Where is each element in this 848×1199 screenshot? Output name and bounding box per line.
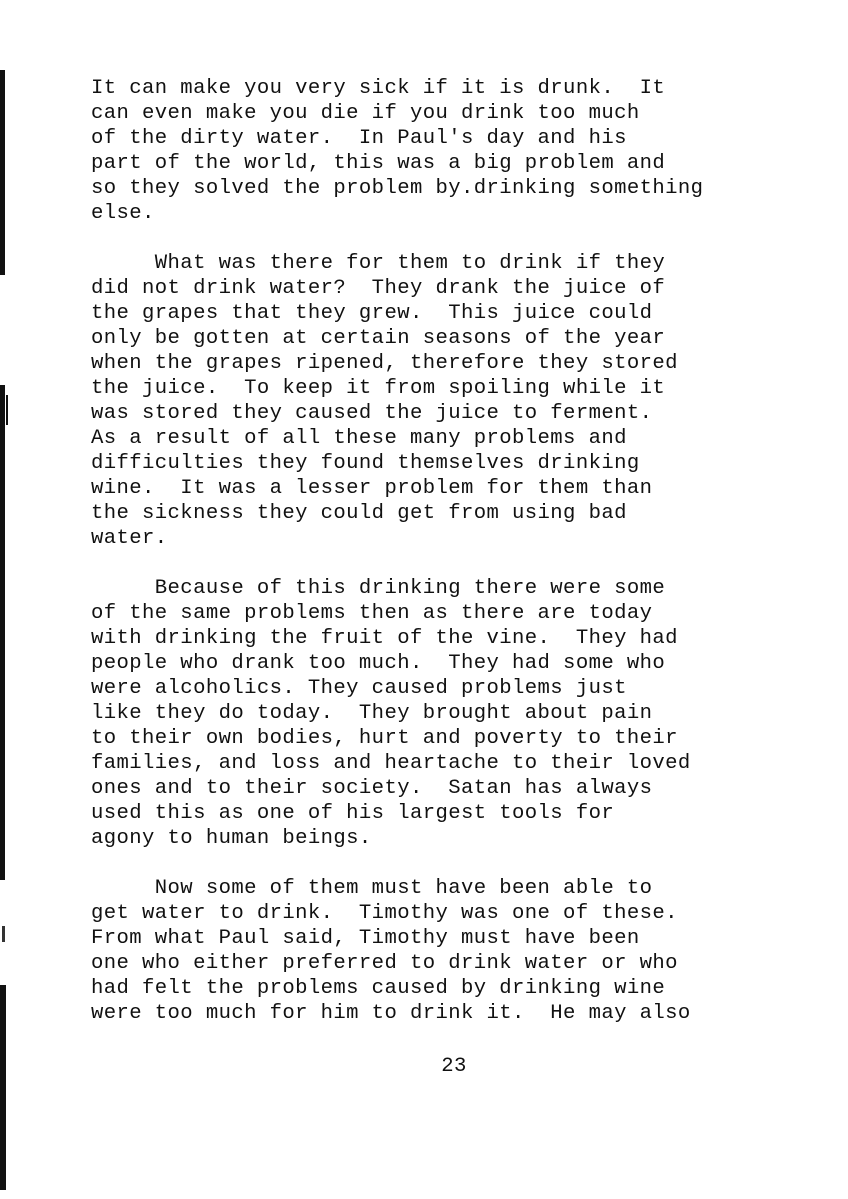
text-line: had felt the problems caused by drinking…	[91, 976, 831, 1001]
binding-shadow	[0, 385, 5, 880]
text-line: As a result of all these many problems a…	[91, 426, 831, 451]
text-line: so they solved the problem by.drinking s…	[91, 176, 831, 201]
text-line: families, and loss and heartache to thei…	[91, 751, 831, 776]
text-line: ones and to their society. Satan has alw…	[91, 776, 831, 801]
text-line: with drinking the fruit of the vine. The…	[91, 626, 831, 651]
body-text: It can make you very sick if it is drunk…	[91, 76, 831, 1051]
text-line: to their own bodies, hurt and poverty to…	[91, 726, 831, 751]
text-line: can even make you die if you drink too m…	[91, 101, 831, 126]
text-line: part of the world, this was a big proble…	[91, 151, 831, 176]
scanned-page: It can make you very sick if it is drunk…	[0, 0, 848, 1199]
text-line: else.	[91, 201, 831, 226]
text-line: like they do today. They brought about p…	[91, 701, 831, 726]
text-line: What was there for them to drink if they	[91, 251, 831, 276]
text-line: one who either preferred to drink water …	[91, 951, 831, 976]
text-line: wine. It was a lesser problem for them t…	[91, 476, 831, 501]
text-line: It can make you very sick if it is drunk…	[91, 76, 831, 101]
text-line: were alcoholics. They caused problems ju…	[91, 676, 831, 701]
binding-mark	[2, 926, 5, 942]
text-line: difficulties they found themselves drink…	[91, 451, 831, 476]
text-line: the grapes that they grew. This juice co…	[91, 301, 831, 326]
text-line: Because of this drinking there were some	[91, 576, 831, 601]
paragraph: Now some of them must have been able tog…	[91, 876, 831, 1026]
text-line: only be gotten at certain seasons of the…	[91, 326, 831, 351]
binding-shadow	[6, 395, 8, 425]
text-line: Now some of them must have been able to	[91, 876, 831, 901]
text-line: the juice. To keep it from spoiling whil…	[91, 376, 831, 401]
text-line: used this as one of his largest tools fo…	[91, 801, 831, 826]
text-line: were too much for him to drink it. He ma…	[91, 1001, 831, 1026]
text-line: get water to drink. Timothy was one of t…	[91, 901, 831, 926]
text-line: water.	[91, 526, 831, 551]
text-line: when the grapes ripened, therefore they …	[91, 351, 831, 376]
binding-shadow	[0, 985, 6, 1190]
paragraph: Because of this drinking there were some…	[91, 576, 831, 851]
text-line: people who drank too much. They had some…	[91, 651, 831, 676]
text-line: From what Paul said, Timothy must have b…	[91, 926, 831, 951]
text-line: agony to human beings.	[91, 826, 831, 851]
page-number: 23	[0, 1055, 848, 1078]
text-line: was stored they caused the juice to ferm…	[91, 401, 831, 426]
binding-shadow	[0, 70, 5, 275]
paragraph: It can make you very sick if it is drunk…	[91, 76, 831, 226]
text-line: the sickness they could get from using b…	[91, 501, 831, 526]
paragraph: What was there for them to drink if they…	[91, 251, 831, 551]
text-line: of the dirty water. In Paul's day and hi…	[91, 126, 831, 151]
text-line: of the same problems then as there are t…	[91, 601, 831, 626]
text-line: did not drink water? They drank the juic…	[91, 276, 831, 301]
